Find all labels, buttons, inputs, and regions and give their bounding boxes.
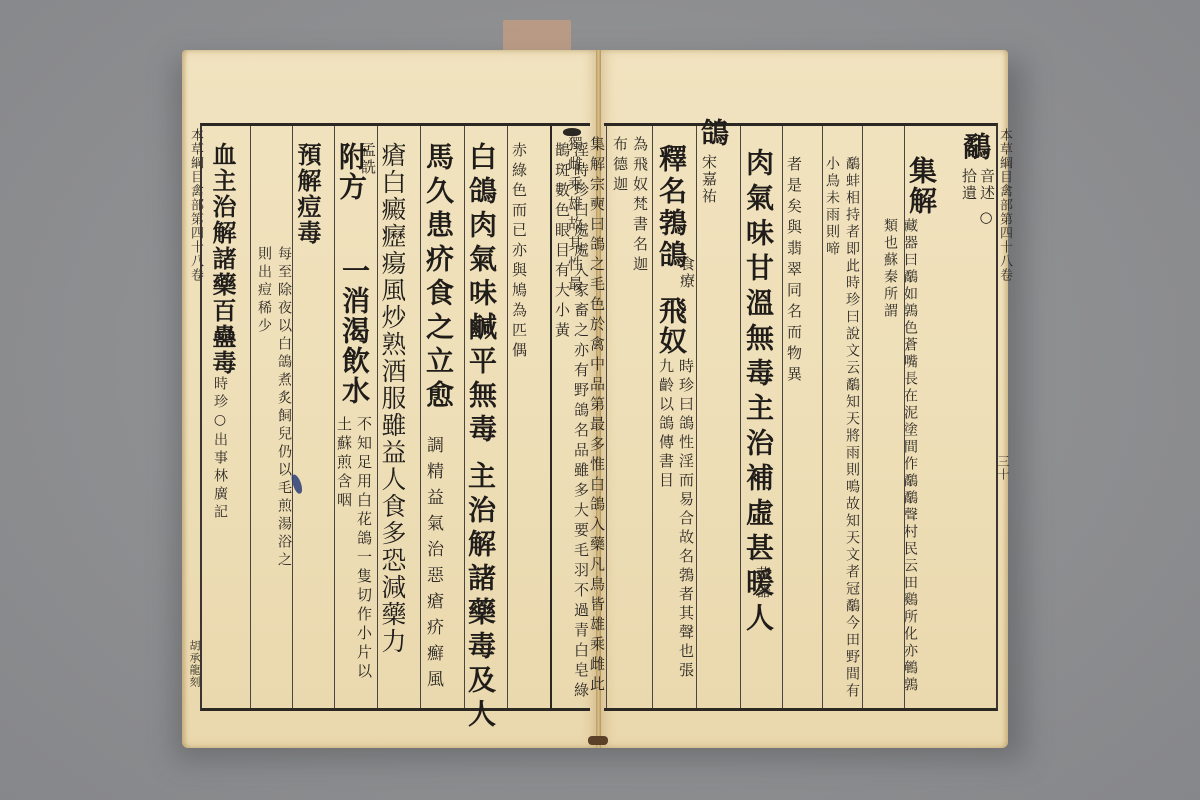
main-text: 主治解諸藥毒及人 — [466, 461, 494, 737]
main-text: 血主治解諸藥百蠱毒 — [210, 142, 234, 380]
annotation: 宋嘉祐 — [701, 154, 716, 209]
section-heading: 預解痘毒 — [295, 142, 319, 250]
annotation: 每至除夜以白鴿煮炙飼兒仍以毛煎湯浴之則出痘稀少 — [254, 246, 294, 586]
main-text: 飛奴 — [657, 296, 685, 360]
section-heading: 附方 — [337, 142, 365, 206]
annotation: 不知足用白花鴿一隻切作小片以土蘇煎含咽 — [334, 416, 374, 686]
annotation: 時珍○出事林廣記 — [210, 376, 229, 546]
annotation: 鷸蚌相持者即此時珍曰說文云鷸知天將雨則鳴故知天文者冠鷸今田野間有小鳥未雨則啼 — [822, 156, 862, 701]
annotation: 食療 — [679, 256, 694, 294]
annotation: 者是矣與翡翠同名而物異 — [784, 156, 804, 701]
right-page-frame: 鷸 音述 拾遺 ○ 集解 藏器曰鷸如鶉色蒼嘴長在泥塗間作鷸鷸聲村民云田鷄所化亦鵪… — [604, 123, 998, 711]
section-heading: 集解 — [907, 156, 935, 220]
annotation: 時珍曰鴿性淫而易合故名鵓者其聲也張九齡以鴿傳書目 — [656, 358, 696, 698]
annotation: 拾遺 — [961, 168, 976, 206]
annotation: 藏器 — [755, 566, 770, 604]
annotation: 為飛奴梵書名迦布德迦 — [610, 136, 650, 286]
annotation: 淫時珍曰處處人家畜之亦有野鴿名品雖多大要毛羽不過青白皂綠鵲斑數色眼目有大小黃 — [552, 142, 590, 702]
main-text: 一消渴飲水 — [340, 256, 368, 410]
annotation: 赤綠色而已亦與鳩為匹偶 — [511, 142, 526, 366]
binding-thread — [588, 736, 608, 745]
main-text: 馬久患疥食之立愈 — [424, 142, 452, 418]
column-divider — [696, 126, 740, 708]
fish-tail-ornament-icon — [563, 128, 581, 136]
left-page-frame: 淫時珍曰處處人家畜之亦有野鴿名品雖多大要毛羽不過青白皂綠鵲斑數色眼目有大小黃 赤… — [200, 123, 590, 711]
entry-heading: 鷸 — [961, 132, 989, 166]
annotation: 音述 — [979, 168, 994, 206]
annotation: 調精益氣治惡瘡疥癬風 — [424, 436, 441, 700]
entry-heading: 鴿 — [699, 118, 727, 152]
annotation: ○ — [978, 208, 993, 232]
main-text: 白鴿肉氣味鹹平無毒 — [467, 142, 495, 452]
annotation: 藏器曰鷸如鶉色蒼嘴長在泥塗間作鷸鷸聲村民云田鷄所化亦鵪鶉類也蘇秦所謂 — [880, 218, 920, 698]
main-text: 瘡白癜癧瘍風炒熟酒服雖益人食多恐減藥力 — [380, 142, 405, 702]
